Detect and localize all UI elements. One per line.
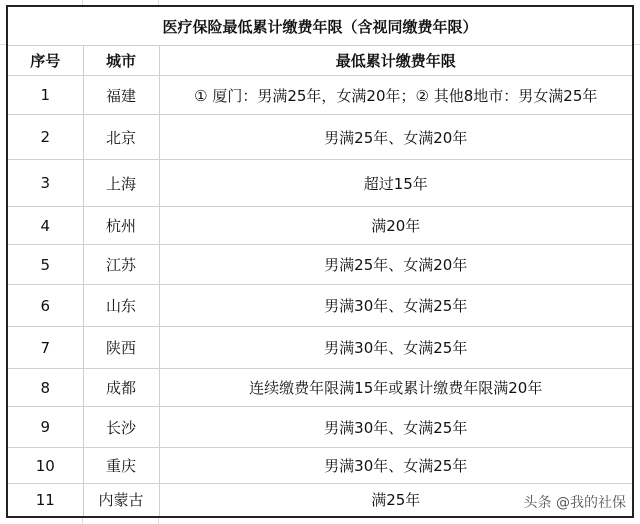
cell-city: 山东 [83, 285, 159, 327]
cell-no: 2 [7, 115, 83, 160]
cell-years: 男满30年、女满25年 [159, 448, 633, 484]
cell-city: 长沙 [83, 407, 159, 448]
header-row: 序号 城市 最低累计缴费年限 [7, 46, 633, 76]
cell-no: 11 [7, 484, 83, 517]
header-no: 序号 [7, 46, 83, 76]
table-row: 7 陕西 男满30年、女满25年 [7, 327, 633, 369]
table-row: 5 江苏 男满25年、女满20年 [7, 245, 633, 285]
cell-city: 北京 [83, 115, 159, 160]
cell-no: 10 [7, 448, 83, 484]
table-row: 3 上海 超过15年 [7, 160, 633, 207]
cell-city: 福建 [83, 76, 159, 115]
cell-city: 成都 [83, 369, 159, 407]
table-row: 8 成都 连续缴费年限满15年或累计缴费年限满20年 [7, 369, 633, 407]
cell-city: 重庆 [83, 448, 159, 484]
cell-no: 7 [7, 327, 83, 369]
header-years: 最低累计缴费年限 [159, 46, 633, 76]
table-row: 4 杭州 满20年 [7, 207, 633, 245]
cell-years: 超过15年 [159, 160, 633, 207]
cell-years: 男满25年、女满20年 [159, 115, 633, 160]
cell-no: 3 [7, 160, 83, 207]
table-row: 1 福建 ① 厦门：男满25年，女满20年；② 其他8地市：男女满25年 [7, 76, 633, 115]
cell-years: 连续缴费年限满15年或累计缴费年限满20年 [159, 369, 633, 407]
cell-city: 内蒙古 [83, 484, 159, 517]
cell-no: 1 [7, 76, 83, 115]
cell-years: ① 厦门：男满25年，女满20年；② 其他8地市：男女满25年 [159, 76, 633, 115]
cell-city: 陕西 [83, 327, 159, 369]
cell-years: 满20年 [159, 207, 633, 245]
table-row: 6 山东 男满30年、女满25年 [7, 285, 633, 327]
cell-no: 5 [7, 245, 83, 285]
cell-years: 男满30年、女满25年 [159, 285, 633, 327]
cell-years: 男满25年、女满20年 [159, 245, 633, 285]
cell-no: 4 [7, 207, 83, 245]
insurance-table: 医疗保险最低累计缴费年限（含视同缴费年限） 序号 城市 最低累计缴费年限 1 福… [6, 5, 634, 518]
cell-no: 9 [7, 407, 83, 448]
cell-years: 男满30年、女满25年 [159, 327, 633, 369]
table-row: 2 北京 男满25年、女满20年 [7, 115, 633, 160]
cell-no: 6 [7, 285, 83, 327]
table-row: 10 重庆 男满30年、女满25年 [7, 448, 633, 484]
cell-city: 江苏 [83, 245, 159, 285]
header-city: 城市 [83, 46, 159, 76]
cell-years: 男满30年、女满25年 [159, 407, 633, 448]
cell-city: 上海 [83, 160, 159, 207]
cell-no: 8 [7, 369, 83, 407]
table-row: 9 长沙 男满30年、女满25年 [7, 407, 633, 448]
watermark: 头条 @我的社保 [524, 492, 626, 512]
table-title: 医疗保险最低累计缴费年限（含视同缴费年限） [7, 6, 633, 46]
cell-city: 杭州 [83, 207, 159, 245]
